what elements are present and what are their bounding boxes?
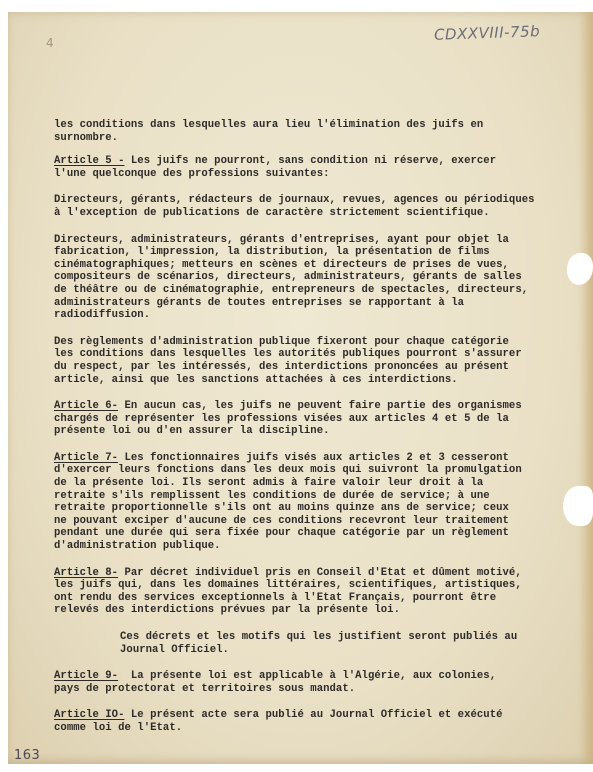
corner-pencil-mark: 4 [46, 36, 54, 50]
article-5-regulations: Des règlements d'administration publique… [54, 336, 584, 386]
article-label: Article 6- [54, 400, 118, 412]
page-number: 163 [14, 748, 40, 763]
article-label: Article 9- [54, 670, 118, 682]
article-label: Article 5 - [54, 155, 124, 167]
article-label: Article IO- [54, 709, 124, 721]
article-9: Article 9- La présente loi est applicabl… [54, 670, 584, 695]
article-8: Article 8- Par décret individuel pris en… [54, 567, 584, 617]
article-label: Article 8- [54, 567, 118, 579]
article-5: Article 5 - Les juifs ne pourront, sans … [54, 155, 584, 180]
archive-reference: CDXXVIII-75b [434, 22, 541, 44]
article-label: Article 7- [54, 452, 118, 464]
article-10: Article IO- Le présent acte sera publié … [54, 709, 584, 734]
article-5-item-press: Directeurs, gérants, rédacteurs de journ… [54, 194, 584, 219]
article-8-decrees: Ces décrets et les motifs qui les justif… [54, 631, 584, 656]
article-6: Article 6- En aucun cas, les juifs ne pe… [54, 400, 584, 438]
paragraph-continuation: les conditions dans lesquelles aura lieu… [54, 119, 584, 144]
typewritten-body: les conditions dans lesquelles aura lieu… [54, 119, 584, 749]
article-5-item-cinema: Directeurs, administrateurs, gérants d'e… [54, 234, 584, 322]
article-7: Article 7- Les fonctionnaires juifs visé… [54, 452, 584, 553]
